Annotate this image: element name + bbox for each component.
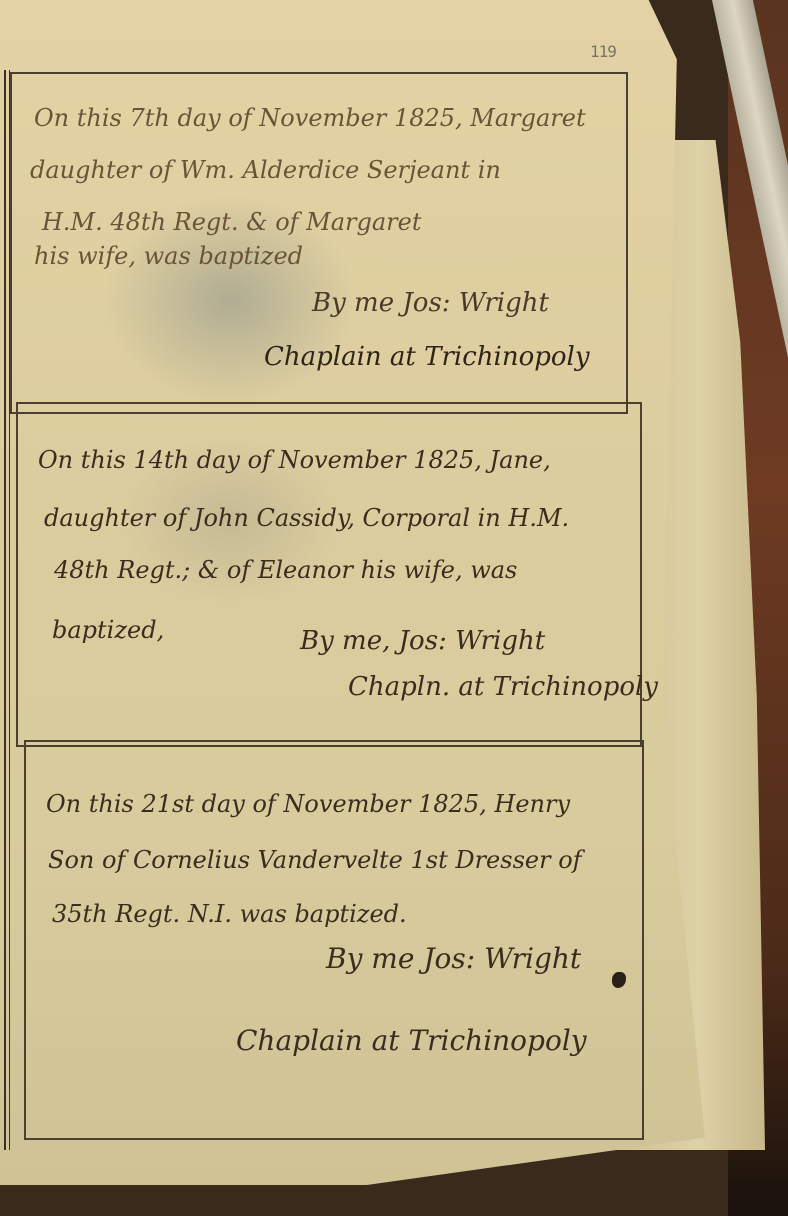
- entry-line: 48th Regt.; & of Eleanor his wife, was: [54, 556, 517, 584]
- entry-line: 35th Regt. N.I. was baptized.: [52, 900, 407, 928]
- register-page: 119 On this 7th day of November 1825, Ma…: [0, 0, 705, 1185]
- signature: By me, Jos: Wright: [300, 626, 545, 656]
- entry-line: On this 7th day of November 1825, Margar…: [34, 104, 586, 132]
- signature-title: Chapln. at Trichinopoly: [348, 672, 658, 702]
- signature: By me Jos: Wright: [312, 288, 549, 318]
- page-number: 119: [590, 42, 616, 61]
- signature-title: Chaplain at Trichinopoly: [236, 1024, 587, 1057]
- entry-line: his wife, was baptized: [34, 242, 303, 270]
- baptism-entry-1: On this 7th day of November 1825, Margar…: [10, 72, 628, 414]
- signature-title: Chaplain at Trichinopoly: [264, 342, 590, 372]
- entry-line: Son of Cornelius Vandervelte 1st Dresser…: [48, 846, 582, 874]
- entry-line: baptized,: [52, 616, 164, 644]
- baptism-entry-2: On this 14th day of November 1825, Jane,…: [16, 402, 642, 747]
- entry-line: On this 14th day of November 1825, Jane,: [38, 446, 551, 474]
- entry-line: daughter of John Cassidy, Corporal in H.…: [44, 504, 569, 532]
- signature: By me Jos: Wright: [326, 942, 581, 975]
- baptism-entry-3: On this 21st day of November 1825, Henry…: [24, 740, 644, 1140]
- entry-line: daughter of Wm. Alderdice Serjeant in: [30, 156, 501, 184]
- entry-line: H.M. 48th Regt. & of Margaret: [42, 208, 422, 236]
- entry-line: On this 21st day of November 1825, Henry: [46, 790, 570, 818]
